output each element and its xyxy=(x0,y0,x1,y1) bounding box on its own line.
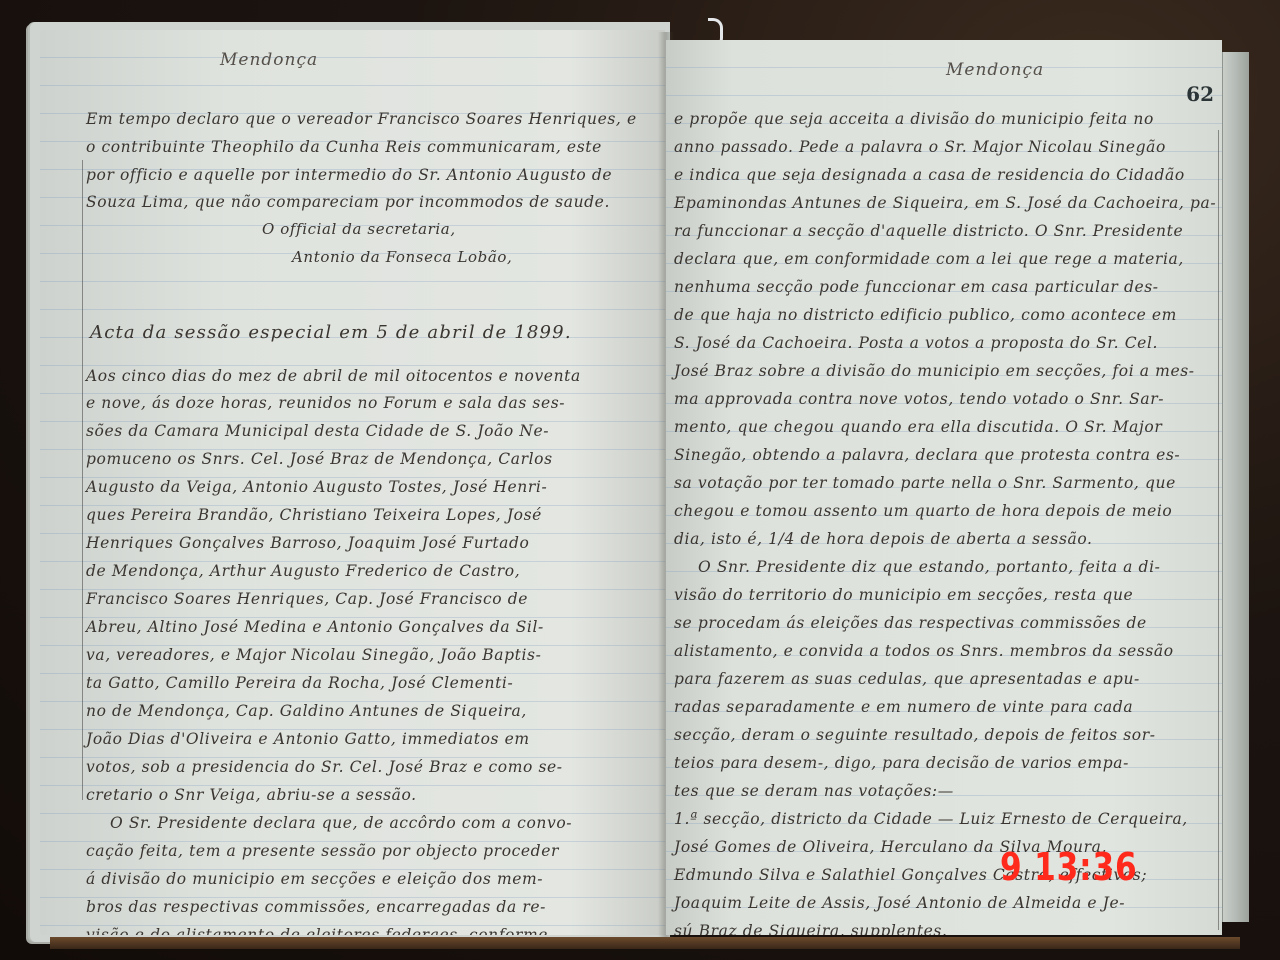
body-line: de que haja no districto edificio public… xyxy=(674,306,1177,324)
page-number: 62 xyxy=(1186,82,1214,106)
body-line: bros das respectivas commissões, encarre… xyxy=(86,898,546,916)
body-line: á divisão do municipio em secções e elei… xyxy=(86,870,543,888)
body-line: se procedam ás eleições das respectivas … xyxy=(674,614,1147,632)
minutes-title: Acta da sessão especial em 5 de abril de… xyxy=(90,322,572,343)
body-line: visão do territorio do municipio em secç… xyxy=(674,586,1133,604)
closing-line: Em tempo declaro que o vereador Francisc… xyxy=(86,110,637,128)
body-line: ra funccionar a secção d'aquelle distric… xyxy=(674,222,1183,240)
body-line: Augusto da Veiga, Antonio Augusto Tostes… xyxy=(86,478,547,496)
body-line: ma approvada contra nove votos, tendo vo… xyxy=(674,390,1164,408)
right-margin-rule xyxy=(1218,130,1219,930)
left-page: Mendonça Em tempo declaro que o vereador… xyxy=(40,30,665,935)
camera-timestamp-overlay: 9 13:36 xyxy=(1000,845,1137,889)
body-line: sões da Camara Municipal desta Cidade de… xyxy=(86,422,549,440)
body-line: e propõe que seja acceita a divisão do m… xyxy=(674,110,1154,128)
body-line: teios para desem-, digo, para decisão de… xyxy=(674,754,1129,772)
body-line: para fazerem as suas cedulas, que aprese… xyxy=(674,670,1140,688)
body-line: O Sr. Presidente declara que, de accôrdo… xyxy=(110,814,572,832)
book-bottom-edge xyxy=(50,937,1240,949)
body-line: ta Gatto, Camillo Pereira da Rocha, José… xyxy=(86,674,513,692)
body-line: cação feita, tem a presente sessão por o… xyxy=(86,842,559,860)
body-line: O Snr. Presidente diz que estando, porta… xyxy=(698,558,1160,576)
body-line: alistamento, e convida a todos os Snrs. … xyxy=(674,642,1174,660)
body-line: radas separadamente e em numero de vinte… xyxy=(674,698,1133,716)
body-line: sa votação por ter tomado parte nella o … xyxy=(674,474,1176,492)
signature-role: O official da secretaria, xyxy=(262,220,456,238)
body-line: José Braz sobre a divisão do municipio e… xyxy=(674,362,1195,380)
right-page: Mendonça 62 e propõe que seja acceita a … xyxy=(666,40,1222,935)
body-line: João Dias d'Oliveira e Antonio Gatto, im… xyxy=(86,730,530,748)
body-line: secção, deram o seguinte resultado, depo… xyxy=(674,726,1156,744)
body-line: Abreu, Altino José Medina e Antonio Gonç… xyxy=(86,618,544,636)
body-line: no de Mendonça, Cap. Galdino Antunes de … xyxy=(86,702,527,720)
body-line: chegou e tomou assento um quarto de hora… xyxy=(674,502,1172,520)
open-ledger-book: Mendonça Em tempo declaro que o vereador… xyxy=(30,12,1280,952)
body-line: 1.ª secção, districto da Cidade — Luiz E… xyxy=(674,810,1188,828)
body-line: e nove, ás doze horas, reunidos no Forum… xyxy=(86,394,565,412)
body-line: e indica que seja designada a casa de re… xyxy=(674,166,1185,184)
body-line: sú Braz de Siqueira, supplentes. xyxy=(674,922,948,935)
body-line: declara que, em conformidade com a lei q… xyxy=(674,250,1184,268)
right-page-header: Mendonça xyxy=(946,60,1044,80)
left-page-header: Mendonça xyxy=(220,50,318,70)
body-line: cretario o Snr Veiga, abriu-se a sessão. xyxy=(86,786,417,804)
body-line: visão e do alistamento de eleitores fede… xyxy=(86,926,548,935)
left-margin-rule xyxy=(82,160,83,800)
body-line: va, vereadores, e Major Nicolau Sinegão,… xyxy=(86,646,541,664)
body-line: tes que se deram nas votações:— xyxy=(674,782,954,800)
closing-line: Souza Lima, que não compareciam por inco… xyxy=(86,193,610,211)
body-line: Henriques Gonçalves Barroso, Joaquim Jos… xyxy=(86,534,529,552)
body-line: Sinegão, obtendo a palavra, declara que … xyxy=(674,446,1180,464)
body-line: S. José da Cachoeira. Posta a votos a pr… xyxy=(674,334,1158,352)
body-line: pomuceno os Snrs. Cel. José Braz de Mend… xyxy=(86,450,553,468)
body-line: mento, que chegou quando era ella discut… xyxy=(674,418,1162,436)
signature-name: Antonio da Fonseca Lobão, xyxy=(292,248,512,266)
body-line: votos, sob a presidencia do Sr. Cel. Jos… xyxy=(86,758,563,776)
body-line: Francisco Soares Henriques, Cap. José Fr… xyxy=(86,590,528,608)
body-line: anno passado. Pede a palavra o Sr. Major… xyxy=(674,138,1166,156)
body-line: nenhuma secção pode funccionar em casa p… xyxy=(674,278,1159,296)
body-line: Epaminondas Antunes de Siqueira, em S. J… xyxy=(674,194,1216,212)
body-line: de Mendonça, Arthur Augusto Frederico de… xyxy=(86,562,520,580)
body-line: dia, isto é, 1/4 de hora depois de abert… xyxy=(674,530,1093,548)
closing-line: o contribuinte Theophilo da Cunha Reis c… xyxy=(86,138,602,156)
body-line: Joaquim Leite de Assis, José Antonio de … xyxy=(674,894,1125,912)
body-line: ques Pereira Brandão, Christiano Teixeir… xyxy=(86,506,542,524)
right-page-edges xyxy=(1222,52,1249,922)
body-line: Aos cinco dias do mez de abril de mil oi… xyxy=(86,367,581,385)
closing-line: por officio e aquelle por intermedio do … xyxy=(86,166,612,184)
